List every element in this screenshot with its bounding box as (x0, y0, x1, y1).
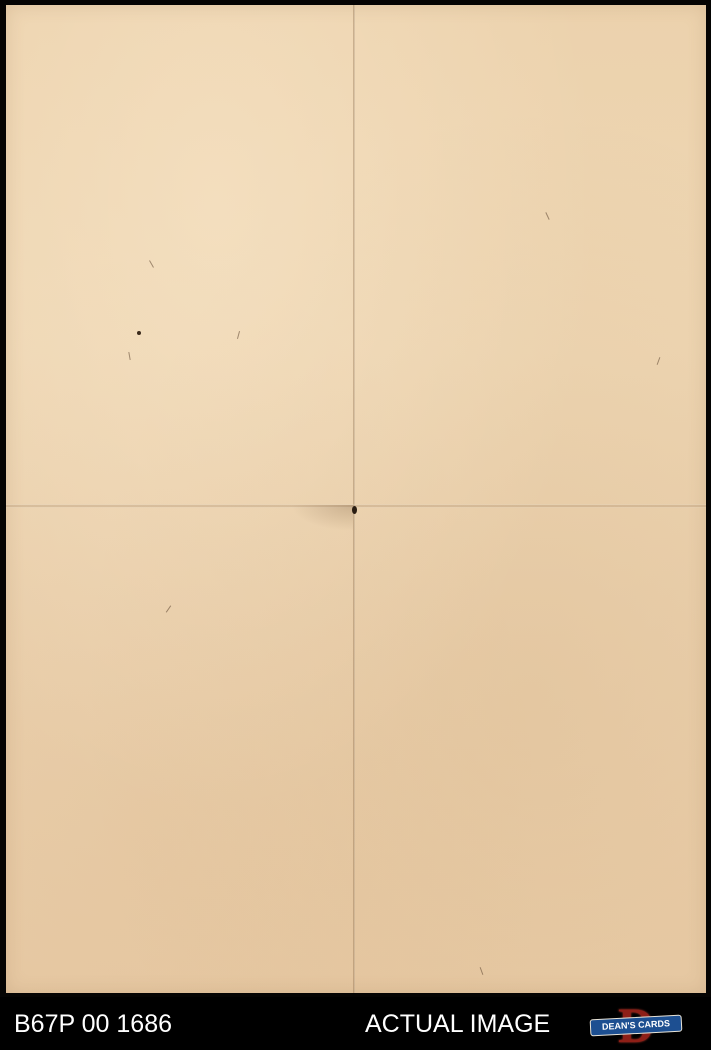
fold-shadow (291, 505, 353, 531)
actual-image-label: ACTUAL IMAGE (365, 1010, 550, 1039)
paper-fleck (545, 212, 549, 220)
paper-sheet (6, 5, 706, 993)
paper-fleck (166, 605, 171, 612)
listing-footer-bar: B67P 00 1686 ACTUAL IMAGE D DEAN'S CARDS (0, 997, 711, 1050)
center-pinhole-mark (352, 506, 357, 514)
paper-fleck (657, 357, 661, 365)
item-code-label: B67P 00 1686 (14, 1010, 172, 1039)
paper-fleck (128, 352, 130, 360)
scan-image-area (0, 0, 711, 997)
paper-fleck (149, 260, 154, 267)
vertical-fold-crease (353, 5, 355, 993)
deans-cards-logo: D DEAN'S CARDS (588, 1003, 684, 1047)
paper-fleck (237, 331, 240, 339)
paper-fleck (480, 967, 484, 975)
paper-spot-mark (137, 331, 141, 335)
logo-banner-text: DEAN'S CARDS (590, 1015, 683, 1037)
